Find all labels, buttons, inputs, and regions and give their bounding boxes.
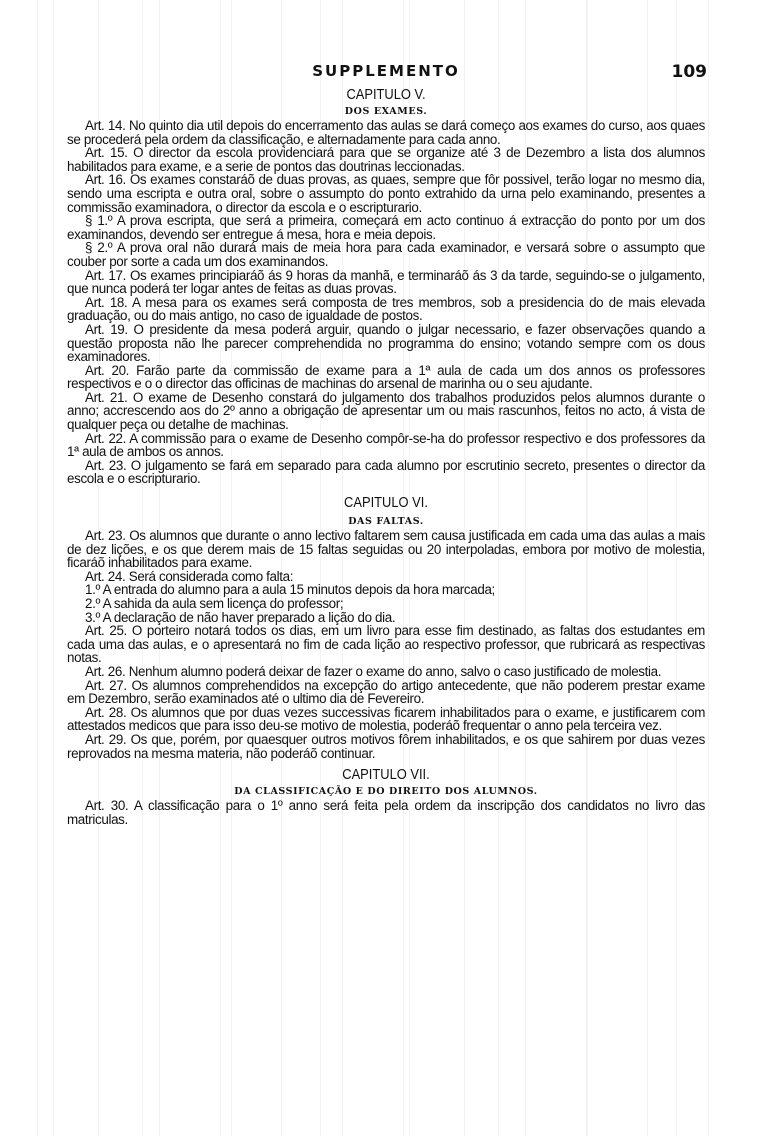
- chapter-subtitle: DOS EXAMES.: [67, 105, 705, 118]
- chapter-subtitle: DAS FALTAS.: [67, 515, 705, 528]
- article-14: Art. 14. No quinto dia util depois do en…: [67, 119, 705, 146]
- article-16-paragraph-1: § 1.º A prova escripta, que será a prime…: [67, 214, 705, 241]
- article-29: Art. 29. Os que, porém, por quaesquer ou…: [67, 733, 705, 760]
- article-23: Art. 23. O julgamento se fará em separad…: [67, 459, 705, 486]
- article-16: Art. 16. Os exames constaráõ de duas pro…: [67, 173, 705, 214]
- running-title: SUPPLEMENTO: [67, 62, 705, 80]
- article-26: Art. 26. Nenhum alumno poderá deixar de …: [67, 665, 705, 679]
- page-number: 109: [672, 62, 708, 82]
- article-19: Art. 19. O presidente da mesa poderá arg…: [67, 323, 705, 364]
- article-16-paragraph-2: § 2.º A prova oral não durará mais de me…: [67, 241, 705, 268]
- article-24: Art. 24. Será considerada como falta:: [67, 570, 705, 584]
- article-23-faltas: Art. 23. Os alumnos que durante o anno l…: [67, 529, 705, 570]
- article-20: Art. 20. Farão parte da commissão de exa…: [67, 364, 705, 391]
- article-28: Art. 28. Os alumnos que por duas vezes s…: [67, 706, 705, 733]
- article-18: Art. 18. A mesa para os exames será comp…: [67, 296, 705, 323]
- article-27: Art. 27. Os alumnos comprehendidos na ex…: [67, 679, 705, 706]
- chapter-subtitle: DA CLASSIFICAÇÃO E DO DIREITO DOS ALUMNO…: [67, 785, 705, 798]
- chapter-5: CAPITULO V. DOS EXAMES. Art. 14. No quin…: [67, 86, 705, 486]
- article-24-item-1: 1.º A entrada do alumno para a aula 15 m…: [67, 583, 705, 597]
- chapter-title: CAPITULO VII.: [112, 766, 661, 783]
- article-22: Art. 22. A commissão para o exame de Des…: [67, 432, 705, 459]
- chapter-6: CAPITULO VI. DAS FALTAS. Art. 23. Os alu…: [67, 494, 705, 760]
- running-head: SUPPLEMENTO 109: [67, 62, 705, 84]
- chapter-7: CAPITULO VII. DA CLASSIFICAÇÃO E DO DIRE…: [67, 766, 705, 826]
- chapter-title: CAPITULO V.: [112, 86, 661, 103]
- article-24-item-3: 3.º A declaração de não haver preparado …: [67, 611, 705, 625]
- article-24-item-2: 2.º A sahida da aula sem licença do prof…: [67, 597, 705, 611]
- article-25: Art. 25. O porteiro notará todos os dias…: [67, 624, 705, 665]
- article-21: Art. 21. O exame de Desenho constará do …: [67, 391, 705, 432]
- article-30: Art. 30. A classificação para o 1º anno …: [67, 799, 705, 826]
- chapter-title: CAPITULO VI.: [112, 494, 661, 511]
- article-17: Art. 17. Os exames principiaráõ ás 9 hor…: [67, 269, 705, 296]
- article-15: Art. 15. O director da escola providenci…: [67, 146, 705, 173]
- document-page: SUPPLEMENTO 109 CAPITULO V. DOS EXAMES. …: [67, 62, 705, 826]
